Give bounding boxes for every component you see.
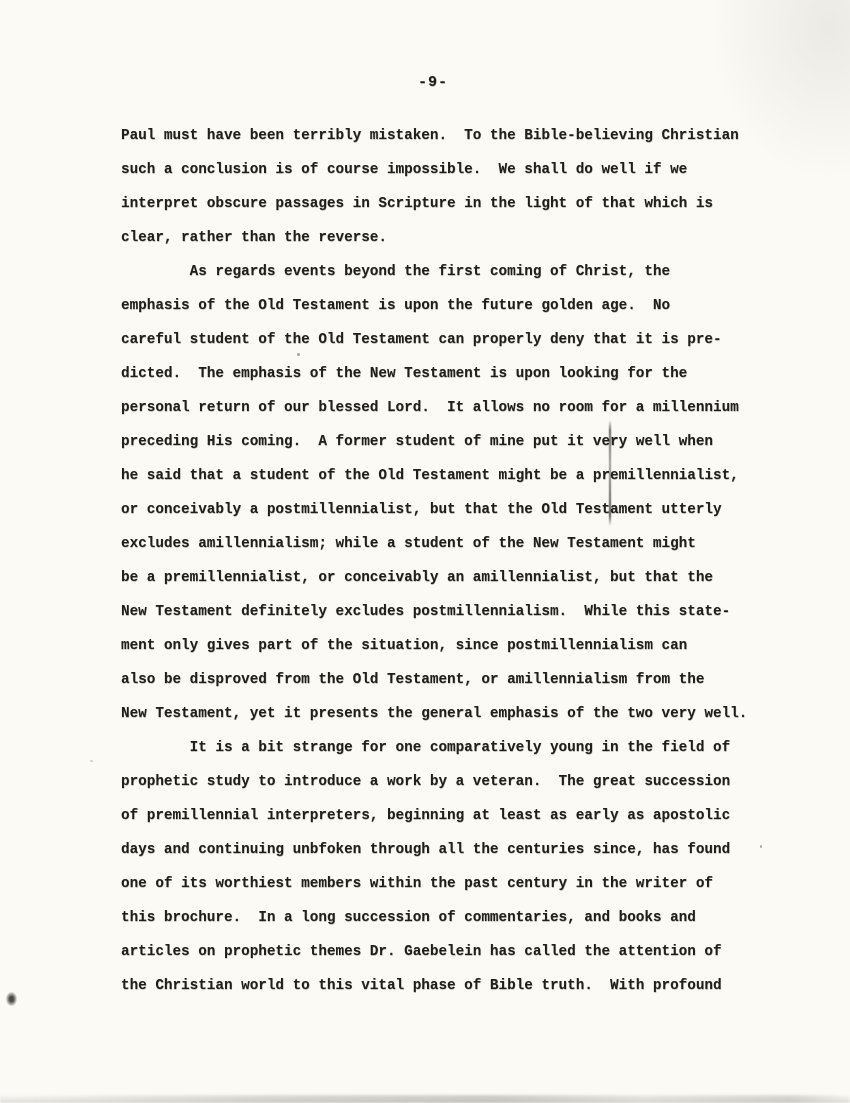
text-line: interpret obscure passages in Scripture … <box>121 187 747 221</box>
text-line: As regards events beyond the first comin… <box>121 255 747 289</box>
text-line: of premillennial interpreters, beginning… <box>121 799 747 833</box>
text-line: New Testament, yet it presents the gener… <box>121 697 747 731</box>
text-line: careful student of the Old Testament can… <box>121 323 747 357</box>
text-line: dicted. The emphasis of the New Testamen… <box>121 357 747 391</box>
paragraph: Paul must have been terribly mistaken. T… <box>121 119 747 255</box>
text-line: one of its worthiest members within the … <box>121 867 747 901</box>
text-line: days and continuing unbfoken through all… <box>121 833 747 867</box>
text-line: articles on prophetic themes Dr. Gaebele… <box>121 935 747 969</box>
paragraph: It is a bit strange for one comparativel… <box>121 731 747 1003</box>
text-line: such a conclusion is of course impossibl… <box>121 153 747 187</box>
text-line: be a premillennialist, or conceivably an… <box>121 561 747 595</box>
text-line: Paul must have been terribly mistaken. T… <box>121 119 747 153</box>
document-body: Paul must have been terribly mistaken. T… <box>121 119 747 1003</box>
paper-speck <box>760 845 762 848</box>
paper-speck <box>90 760 93 762</box>
text-line: clear, rather than the reverse. <box>121 221 747 255</box>
text-line: preceding His coming. A former student o… <box>121 425 747 459</box>
scan-artifact-margin-smudge <box>6 992 17 1006</box>
text-line: also be disproved from the Old Testament… <box>121 663 747 697</box>
text-line: this brochure. In a long succession of c… <box>121 901 747 935</box>
text-line: personal return of our blessed Lord. It … <box>121 391 747 425</box>
text-line: ment only gives part of the situation, s… <box>121 629 747 663</box>
text-line: It is a bit strange for one comparativel… <box>121 731 747 765</box>
typescript-page: -9- Paul must have been terribly mistake… <box>0 0 850 1103</box>
text-line: he said that a student of the Old Testam… <box>121 459 747 493</box>
text-line: emphasis of the Old Testament is upon th… <box>121 289 747 323</box>
text-line: or conceivably a postmillennialist, but … <box>121 493 747 527</box>
text-line: the Christian world to this vital phase … <box>121 969 747 1003</box>
page-number: -9- <box>8 74 850 91</box>
text-line: New Testament definitely excludes postmi… <box>121 595 747 629</box>
scan-artifact-bottom-band <box>0 1095 850 1103</box>
text-line: excludes amillennialism; while a student… <box>121 527 747 561</box>
paragraph: As regards events beyond the first comin… <box>121 255 747 731</box>
text-line: prophetic study to introduce a work by a… <box>121 765 747 799</box>
